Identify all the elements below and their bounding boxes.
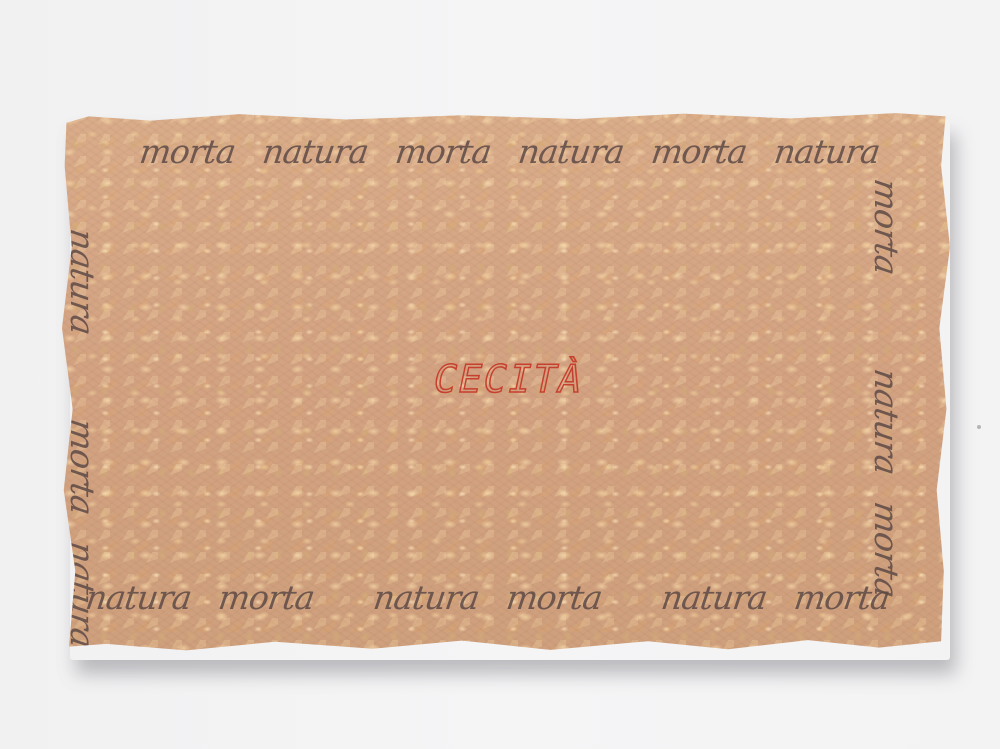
border-text-left-lower: mortanatura (63, 417, 102, 678)
script-word: natura (516, 132, 626, 171)
script-word: natura (867, 367, 906, 477)
script-word: morta (137, 132, 237, 171)
script-word: natura (659, 578, 769, 617)
script-word: morta (867, 499, 906, 599)
script-word: natura (63, 227, 102, 337)
border-text-top: mortanaturamortanaturamortanatura (137, 132, 910, 171)
script-word: morta (216, 578, 316, 617)
script-word: natura (371, 578, 481, 617)
script-word: natura (63, 539, 102, 649)
script-word: morta (504, 578, 604, 617)
textile-artwork: mortanaturamortanaturamortanatura natura… (62, 112, 950, 652)
border-text-left: natura (63, 227, 102, 365)
center-stitched-text: CECITÀ (429, 357, 588, 401)
script-word: morta (867, 177, 906, 277)
script-word: natura (772, 132, 882, 171)
border-text-right-lower: naturamorta (867, 367, 906, 628)
script-word: natura (260, 132, 370, 171)
wall-nail-mark (977, 425, 981, 429)
border-text-bottom: naturamortanaturamortanaturamorta (83, 578, 920, 617)
script-word: morta (649, 132, 749, 171)
border-text-right: morta (867, 177, 906, 305)
script-word: morta (393, 132, 493, 171)
script-word: morta (63, 417, 102, 517)
